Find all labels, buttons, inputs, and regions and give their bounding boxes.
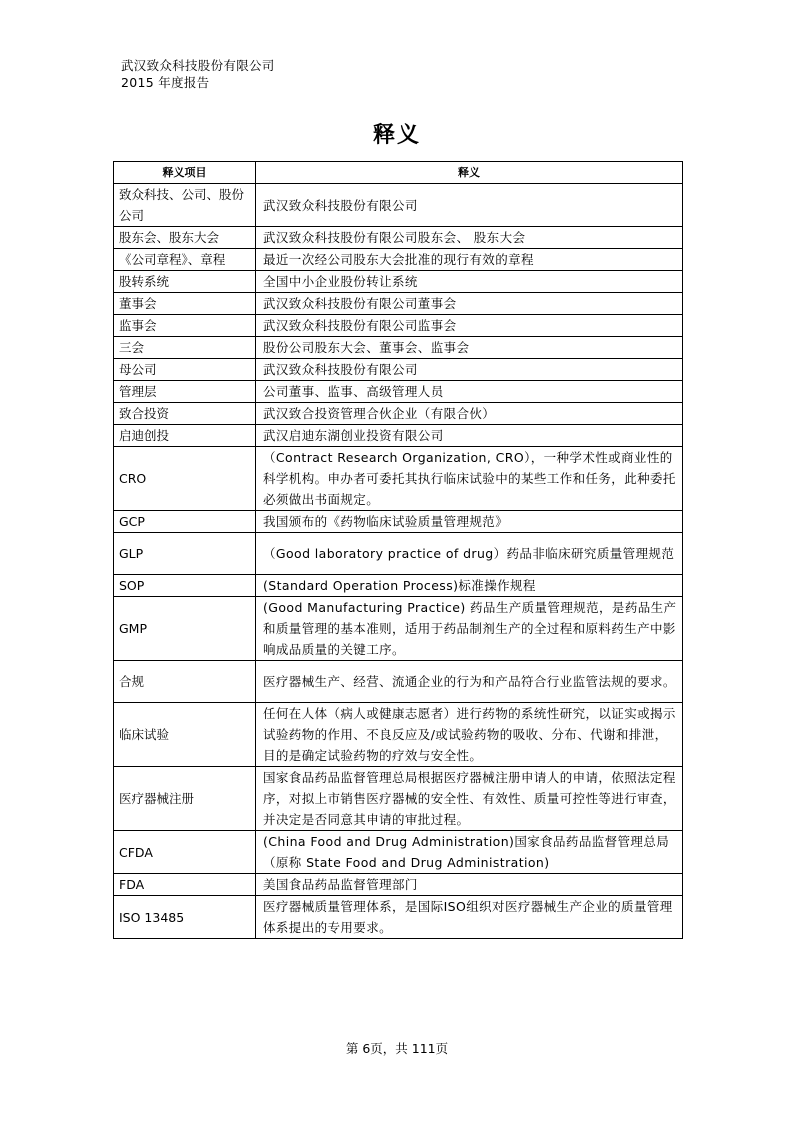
- table-row: 董事会武汉致众科技股份有限公司董事会: [114, 293, 683, 315]
- term-cell: CRO: [114, 447, 256, 511]
- term-cell: 三会: [114, 337, 256, 359]
- table-row: 《公司章程》、章程最近一次经公司股东大会批准的现行有效的章程: [114, 249, 683, 271]
- definition-cell: 武汉致众科技股份有限公司股东会、 股东大会: [256, 227, 683, 249]
- company-name: 武汉致众科技股份有限公司: [121, 57, 275, 74]
- term-cell: GLP: [114, 533, 256, 575]
- table-row: 启迪创投武汉启迪东湖创业投资有限公司: [114, 425, 683, 447]
- running-header: 武汉致众科技股份有限公司 2015 年度报告: [121, 57, 275, 91]
- definition-cell: 美国食品药品监督管理部门: [256, 874, 683, 896]
- definition-cell: 武汉致众科技股份有限公司董事会: [256, 293, 683, 315]
- term-cell: FDA: [114, 874, 256, 896]
- table-header-row: 释义项目 释义: [114, 162, 683, 184]
- term-cell: 临床试验: [114, 703, 256, 767]
- term-cell: 监事会: [114, 315, 256, 337]
- definition-cell: 武汉致众科技股份有限公司监事会: [256, 315, 683, 337]
- glossary-table: 释义项目 释义 致众科技、公司、股份公司武汉致众科技股份有限公司股东会、股东大会…: [113, 161, 683, 939]
- definition-cell: 医疗器械生产、经营、流通企业的行为和产品符合行业监管法规的要求。: [256, 661, 683, 703]
- definition-cell: 武汉致众科技股份有限公司: [256, 184, 683, 227]
- table-row: GLP（Good laboratory practice of drug）药品非…: [114, 533, 683, 575]
- term-cell: 启迪创投: [114, 425, 256, 447]
- term-cell: 董事会: [114, 293, 256, 315]
- table-row: 监事会武汉致众科技股份有限公司监事会: [114, 315, 683, 337]
- table-row: GCP我国颁布的《药物临床试验质量管理规范》: [114, 511, 683, 533]
- term-cell: 股转系统: [114, 271, 256, 293]
- definition-cell: (China Food and Drug Administration)国家食品…: [256, 831, 683, 874]
- definition-cell: （Good laboratory practice of drug）药品非临床研…: [256, 533, 683, 575]
- definition-cell: 武汉致合投资管理合伙企业（有限合伙）: [256, 403, 683, 425]
- definition-cell: （Contract Research Organization, CRO），一种…: [256, 447, 683, 511]
- definition-cell: 国家食品药品监督管理总局根据医疗器械注册申请人的申请，依照法定程序，对拟上市销售…: [256, 767, 683, 831]
- term-cell: 股东会、股东大会: [114, 227, 256, 249]
- definition-cell: 股份公司股东大会、董事会、监事会: [256, 337, 683, 359]
- definition-cell: (Good Manufacturing Practice) 药品生产质量管理规范…: [256, 597, 683, 661]
- definition-cell: 公司董事、监事、高级管理人员: [256, 381, 683, 403]
- page-title: 释义: [0, 118, 794, 149]
- table-row: 致合投资武汉致合投资管理合伙企业（有限合伙）: [114, 403, 683, 425]
- table-row: GMP(Good Manufacturing Practice) 药品生产质量管…: [114, 597, 683, 661]
- term-cell: 母公司: [114, 359, 256, 381]
- table-row: ISO 13485医疗器械质量管理体系，是国际ISO组织对医疗器械生产企业的质量…: [114, 896, 683, 939]
- term-cell: SOP: [114, 575, 256, 597]
- definition-cell: 任何在人体（病人或健康志愿者）进行药物的系统性研究，以证实或揭示试验药物的作用、…: [256, 703, 683, 767]
- term-cell: 致合投资: [114, 403, 256, 425]
- term-cell: 医疗器械注册: [114, 767, 256, 831]
- table-row: SOP(Standard Operation Process)标准操作规程: [114, 575, 683, 597]
- table-row: 母公司武汉致众科技股份有限公司: [114, 359, 683, 381]
- column-header-term: 释义项目: [114, 162, 256, 184]
- term-cell: 管理层: [114, 381, 256, 403]
- table-row: CRO（Contract Research Organization, CRO）…: [114, 447, 683, 511]
- glossary-body: 致众科技、公司、股份公司武汉致众科技股份有限公司股东会、股东大会武汉致众科技股份…: [114, 184, 683, 939]
- term-cell: 合规: [114, 661, 256, 703]
- term-cell: GCP: [114, 511, 256, 533]
- table-row: 临床试验任何在人体（病人或健康志愿者）进行药物的系统性研究，以证实或揭示试验药物…: [114, 703, 683, 767]
- table-row: 股东会、股东大会武汉致众科技股份有限公司股东会、 股东大会: [114, 227, 683, 249]
- table-row: 股转系统全国中小企业股份转让系统: [114, 271, 683, 293]
- definition-cell: 最近一次经公司股东大会批准的现行有效的章程: [256, 249, 683, 271]
- definition-cell: 全国中小企业股份转让系统: [256, 271, 683, 293]
- term-cell: GMP: [114, 597, 256, 661]
- term-cell: 《公司章程》、章程: [114, 249, 256, 271]
- report-name: 2015 年度报告: [121, 74, 275, 91]
- definition-cell: (Standard Operation Process)标准操作规程: [256, 575, 683, 597]
- table-row: CFDA(China Food and Drug Administration)…: [114, 831, 683, 874]
- term-cell: 致众科技、公司、股份公司: [114, 184, 256, 227]
- table-row: FDA美国食品药品监督管理部门: [114, 874, 683, 896]
- term-cell: ISO 13485: [114, 896, 256, 939]
- definition-cell: 我国颁布的《药物临床试验质量管理规范》: [256, 511, 683, 533]
- table-row: 三会股份公司股东大会、董事会、监事会: [114, 337, 683, 359]
- definition-cell: 武汉致众科技股份有限公司: [256, 359, 683, 381]
- term-cell: CFDA: [114, 831, 256, 874]
- definition-cell: 医疗器械质量管理体系，是国际ISO组织对医疗器械生产企业的质量管理体系提出的专用…: [256, 896, 683, 939]
- table-row: 致众科技、公司、股份公司武汉致众科技股份有限公司: [114, 184, 683, 227]
- column-header-definition: 释义: [256, 162, 683, 184]
- definition-cell: 武汉启迪东湖创业投资有限公司: [256, 425, 683, 447]
- table-row: 管理层公司董事、监事、高级管理人员: [114, 381, 683, 403]
- table-row: 医疗器械注册国家食品药品监督管理总局根据医疗器械注册申请人的申请，依照法定程序，…: [114, 767, 683, 831]
- page-number: 第 6页，共 111页: [0, 1039, 794, 1057]
- table-row: 合规医疗器械生产、经营、流通企业的行为和产品符合行业监管法规的要求。: [114, 661, 683, 703]
